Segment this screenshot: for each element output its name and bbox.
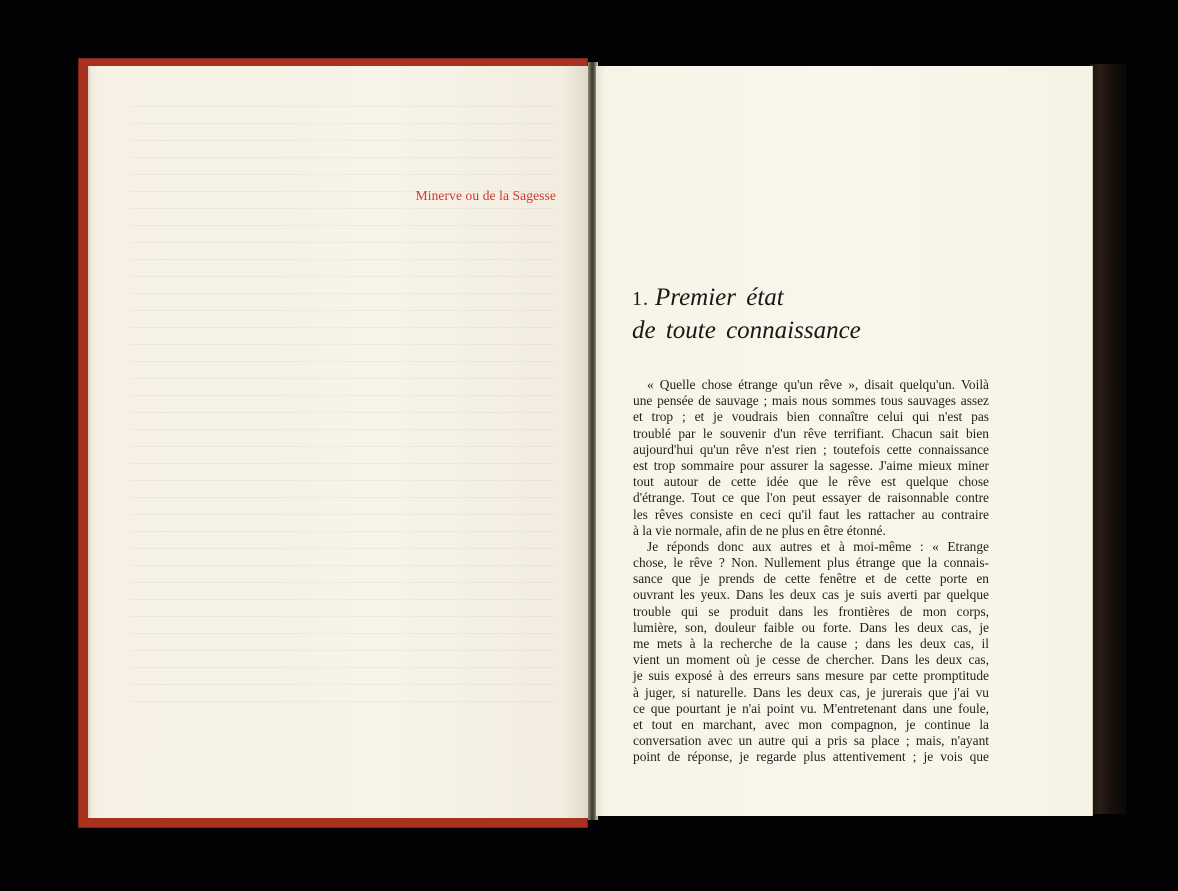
text-line: ce que pourtant je n'ai point vu. M'entr… <box>633 701 989 717</box>
text-line: sance que je prends de cette fenêtre et … <box>633 571 989 587</box>
text-line: tout autour de cette idée que le rêve es… <box>633 474 989 490</box>
right-page: 1.Premier état de toute connaissance « Q… <box>596 66 1093 816</box>
text-line: vient un moment où je cesse de chercher.… <box>633 652 989 668</box>
text-line: trouble qui se produit dans les frontièr… <box>633 604 989 620</box>
text-line: les rêves consiste en ceci qu'il faut le… <box>633 507 989 523</box>
chapter-title-line1: Premier état <box>655 284 784 311</box>
text-line: et tout en marchant, avec mon compagnon,… <box>633 717 989 733</box>
open-book-scan: Minerve ou de la Sagesse 1.Premier état … <box>0 0 1178 891</box>
text-line: aujourd'hui qu'un rêve n'est rien ; tout… <box>633 442 989 458</box>
chapter-number: 1. <box>632 288 649 310</box>
text-line: est trop sommaire pour assurer la sagess… <box>633 458 989 474</box>
text-line: une pensée de sauvage ; mais nous sommes… <box>633 393 989 409</box>
text-line: troublé par le souvenir d'un rêve terrif… <box>633 426 989 442</box>
chapter-title-line2: de toute connaissance <box>632 315 861 346</box>
text-line: conversation avec un autre qui a pris sa… <box>633 733 989 749</box>
page-block-edge <box>1090 64 1126 814</box>
text-line: ouvrant les yeux. Dans les deux cas je s… <box>633 587 989 603</box>
text-line: me mets à la recherche de la cause ; dan… <box>633 636 989 652</box>
text-line: à la vie normale, afin de ne plus en êtr… <box>633 523 989 539</box>
series-title: Minerve ou de la Sagesse <box>416 188 556 204</box>
text-line: point de réponse, je regarde plus attent… <box>633 749 989 765</box>
text-line: lumière, son, douleur faible ou forte. D… <box>633 620 989 636</box>
text-line: Je réponds donc aux autres et à moi-même… <box>633 539 989 555</box>
left-page: Minerve ou de la Sagesse <box>88 66 594 818</box>
text-line: je suis exposé à des erreurs sans mesure… <box>633 668 989 684</box>
text-line: d'étrange. Tout ce que l'on peut essayer… <box>633 490 989 506</box>
text-line: « Quelle chose étrange qu'un rêve », dis… <box>633 377 989 393</box>
body-text: « Quelle chose étrange qu'un rêve », dis… <box>633 377 989 766</box>
text-line: à juger, si naturelle. Dans les deux cas… <box>633 685 989 701</box>
text-line: et trop ; et je voudrais bien connaître … <box>633 409 989 425</box>
chapter-heading: 1.Premier état de toute connaissance <box>632 282 861 346</box>
text-line: chose, le rêve ? Non. Nullement plus étr… <box>633 555 989 571</box>
